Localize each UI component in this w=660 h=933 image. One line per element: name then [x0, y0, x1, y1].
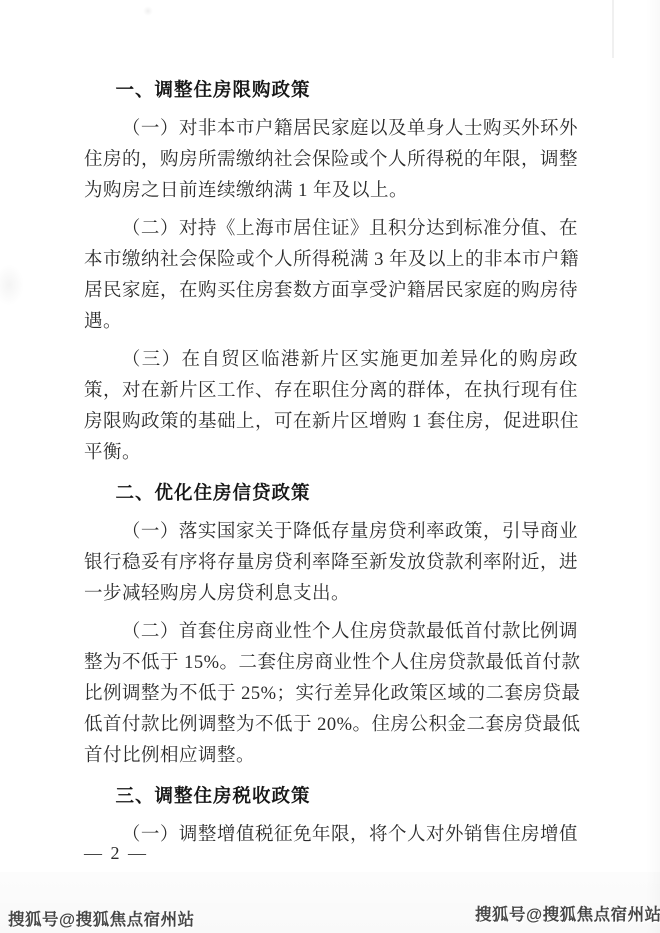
text-line: 本市缴纳社会保险或个人所得税满 3 年及以上的非本市户籍 [84, 245, 578, 276]
text-line: 策，对在新片区工作、存在职住分离的群体，在执行现有住 [84, 376, 578, 407]
text-line: 遇。 [84, 307, 578, 338]
scan-artifact-right-shade [646, 0, 660, 933]
text-line: 居民家庭，在购买住房套数方面享受沪籍居民家庭的购房待 [84, 276, 578, 307]
text-line: 整为不低于 15%。二套住房商业性个人住房贷款最低首付款 [84, 648, 578, 679]
text-line: （二）对持《上海市居住证》且积分达到标准分值、在 [84, 214, 578, 245]
document-body: 一、调整住房限购政策（一）对非本市户籍居民家庭以及单身人士购买外环外住房的，购房… [84, 76, 578, 851]
paragraph: （一）对非本市户籍居民家庭以及单身人士购买外环外住房的，购房所需缴纳社会保险或个… [84, 114, 578, 207]
scan-artifact-edge-line [612, 0, 614, 58]
paragraph: （二）首套住房商业性个人住房贷款最低首付款比例调整为不低于 15%。二套住房商业… [84, 617, 578, 772]
paragraph: （二）对持《上海市居住证》且积分达到标准分值、在本市缴纳社会保险或个人所得税满 … [84, 214, 578, 338]
page-number: — 2 — [84, 842, 148, 864]
text-line: 首付比例相应调整。 [84, 741, 578, 772]
text-line: 住房的，购房所需缴纳社会保险或个人所得税的年限，调整 [84, 145, 578, 176]
section-heading: 二、优化住房信贷政策 [84, 479, 578, 510]
text-line: 比例调整为不低于 25%；实行差异化政策区域的二套房贷最 [84, 679, 578, 710]
section-heading: 三、调整住房税收政策 [84, 782, 578, 813]
scanned-document-page: 一、调整住房限购政策（一）对非本市户籍居民家庭以及单身人士购买外环外住房的，购房… [0, 0, 660, 933]
text-line: （二）首套住房商业性个人住房贷款最低首付款比例调 [84, 617, 578, 648]
text-line: 一步减轻购房人房贷利息支出。 [84, 579, 578, 610]
scan-artifact-left-blob [0, 264, 24, 306]
watermark-bottom-left: 搜狐号@搜狐焦点宿州站 [8, 906, 195, 930]
text-line: 房限购政策的基础上，可在新片区增购 1 套住房，促进职住 [84, 407, 578, 438]
text-line: 银行稳妥有序将存量房贷利率降至新发放贷款利率附近，进 [84, 548, 578, 579]
text-line: 为购房之日前连续缴纳满 1 年及以上。 [84, 176, 578, 207]
text-line: （一）对非本市户籍居民家庭以及单身人士购买外环外 [84, 114, 578, 145]
text-line: （一）调整增值税征免年限，将个人对外销售住房增值 [84, 820, 578, 851]
scan-artifact-top-dot [143, 6, 153, 16]
paragraph: （一）落实国家关于降低存量房贷利率政策，引导商业银行稳妥有序将存量房贷利率降至新… [84, 517, 578, 610]
watermark-bottom-right: 搜狐号@搜狐焦点宿州站 [475, 901, 660, 925]
text-line: （三）在自贸区临港新片区实施更加差异化的购房政 [84, 345, 578, 376]
paragraph: （一）调整增值税征免年限，将个人对外销售住房增值 [84, 820, 578, 851]
paragraph: （三）在自贸区临港新片区实施更加差异化的购房政策，对在新片区工作、存在职住分离的… [84, 345, 578, 469]
text-line: （一）落实国家关于降低存量房贷利率政策，引导商业 [84, 517, 578, 548]
text-line: 低首付款比例调整为不低于 20%。住房公积金二套房贷最低 [84, 710, 578, 741]
section-heading: 一、调整住房限购政策 [84, 76, 578, 107]
text-line: 平衡。 [84, 438, 578, 469]
